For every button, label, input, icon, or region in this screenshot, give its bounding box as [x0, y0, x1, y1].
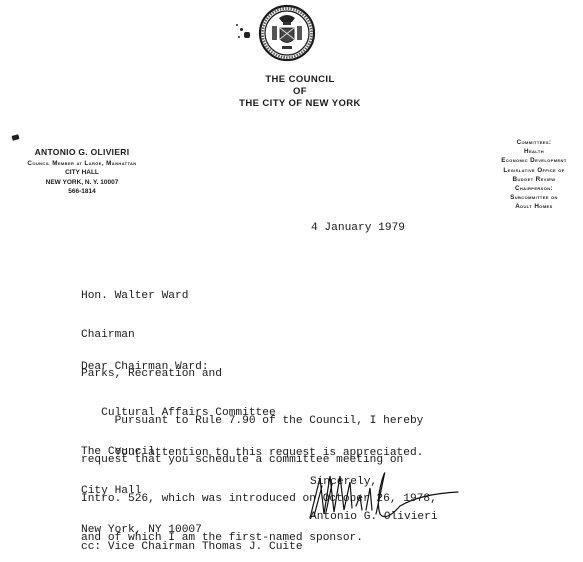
sender-name: ANTONIO G. OLIVIERI — [2, 148, 162, 158]
sender-address-line-2: NEW YORK, N. Y. 10007 — [2, 178, 162, 188]
committee-item: Legislative Office of — [484, 166, 583, 175]
committee-item: Health — [484, 147, 583, 156]
salutation: Dear Chairman Ward: — [81, 361, 209, 374]
sender-title: Council Member at Large, Manhattan — [2, 159, 162, 169]
chairperson-heading: Chairperson: — [484, 184, 583, 193]
body-line: Pursuant to Rule 7.90 of the Council, I … — [81, 415, 437, 428]
body-paragraph-2: Your attention to this request is apprec… — [81, 447, 423, 460]
sender-letterhead: ANTONIO G. OLIVIERI Council Member at La… — [2, 148, 162, 197]
chair-item: Subcommittee on — [484, 193, 583, 202]
recipient-line: Hon. Walter Ward — [81, 290, 276, 303]
ink-speck — [236, 20, 296, 50]
sender-address-line-1: CITY HALL — [2, 168, 162, 178]
sender-phone: 566-1814 — [2, 187, 162, 197]
punch-mark — [12, 135, 20, 141]
signer-name: Antonio G. Olivieri — [310, 511, 438, 524]
committee-item: Economic Development — [484, 156, 583, 165]
council-title-line-1: THE COUNCIL — [200, 74, 400, 86]
letter-date: 4 January 1979 — [311, 222, 405, 235]
council-title-line-3: THE CITY OF NEW YORK — [200, 98, 400, 110]
recipient-line: Chairman — [81, 329, 276, 342]
committees-heading: Committees: — [484, 138, 583, 147]
committee-item: Budget Review — [484, 175, 583, 184]
council-title-line-2: OF — [200, 86, 400, 98]
council-title: THE COUNCIL OF THE CITY OF NEW YORK — [200, 74, 400, 110]
cc-line: cc: Vice Chairman Thomas J. Cuite — [81, 541, 303, 554]
chair-item: Adult Homes — [484, 202, 583, 211]
committees-list: Committees: Health Economic Development … — [484, 138, 583, 212]
